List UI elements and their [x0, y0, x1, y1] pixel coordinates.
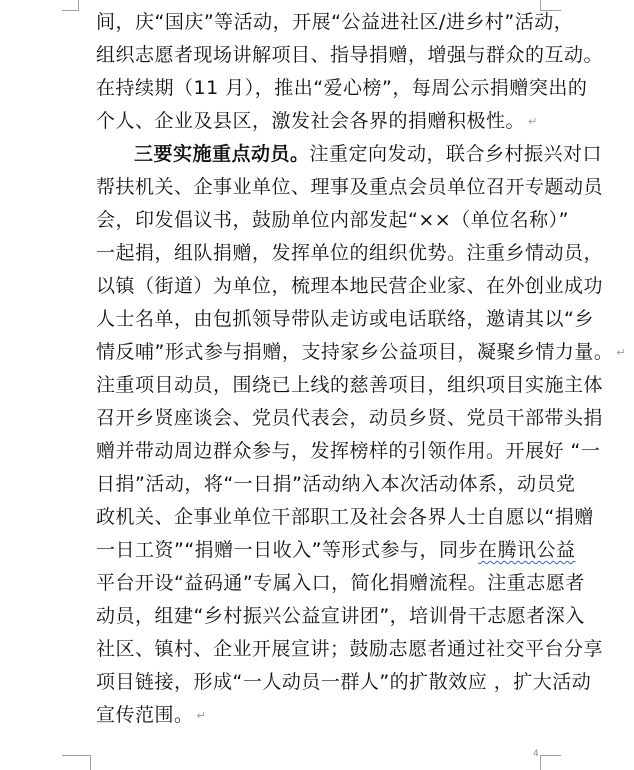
- paragraph-mark-icon: ↵: [197, 709, 207, 722]
- text-line: 人士名单，由包抓领导带队走访或电话联络，邀请其以“乡: [96, 303, 556, 336]
- text-span: 个人、企业及县区，激发社会各界的捐赠积极性。: [96, 110, 525, 132]
- text-line: 政机关、企事业单位干部职工及社会各界人士自愿以“捐赠: [96, 501, 556, 534]
- paragraph: 三要实施重点动员。注重定向发动，联合乡村振兴对口 帮扶机关、企事业单位、理事及重…: [96, 138, 556, 369]
- text-line: 召开乡贤座谈会、党员代表会，动员乡贤、党员干部带头捐: [96, 402, 556, 435]
- text-line: 一日工资”“捐赠一日收入”等形式参与，同步在腾讯公益: [96, 534, 556, 567]
- text-line: 赠并带动周边群众参与，发挥榜样的引领作用。开展好 “一: [96, 435, 556, 468]
- text-span: 注重定向发动，联合乡村振兴对口: [310, 143, 603, 165]
- text-line: 以镇（街道）为单位，梳理本地民营企业家、在外创业成功: [96, 270, 556, 303]
- document-page: 4 间，庆“国庆”等活动，开展“公益进社区/进乡村”活动， 组织志愿者现场讲解项…: [0, 0, 634, 770]
- text-line: 动员，组建“乡村振兴公益宣讲团”，培训骨干志愿者深入: [96, 600, 556, 633]
- text-span: 一日工资”“捐赠一日收入”等形式参与，同步: [96, 539, 478, 561]
- spellcheck-underline[interactable]: 在腾讯公益: [478, 539, 576, 561]
- text-line: 平台开设“益码通”专属入口，简化捐赠流程。注重志愿者: [96, 567, 556, 600]
- text-line: 一起捐，组队捐赠，发挥单位的组织优势。注重乡情动员，: [96, 237, 556, 270]
- text-line: 注重项目动员，围绕已上线的慈善项目，组织项目实施主体: [96, 369, 556, 402]
- text-line: 社区、镇村、企业开展宣讲；鼓励志愿者通过社交平台分享: [96, 633, 556, 666]
- text-line: 项目链接，形成“一人动员一群人”的扩散效应 ，扩大活动: [96, 666, 556, 699]
- crop-mark-bottom-left: [62, 755, 91, 770]
- document-body[interactable]: 间，庆“国庆”等活动，开展“公益进社区/进乡村”活动， 组织志愿者现场讲解项目、…: [96, 6, 556, 732]
- page-number: 4: [533, 749, 539, 759]
- text-line: 情反哺”形式参与捐赠，支持家乡公益项目，凝聚乡情力量。↵: [96, 336, 556, 369]
- text-line: 宣传范围。↵: [96, 699, 556, 732]
- paragraph: 间，庆“国庆”等活动，开展“公益进社区/进乡村”活动， 组织志愿者现场讲解项目、…: [96, 6, 556, 138]
- paragraph-heading: 三要实施重点动员。: [134, 143, 310, 165]
- text-span: 情反哺”形式参与捐赠，支持家乡公益项目，凝聚乡情力量。: [96, 341, 613, 363]
- paragraph-mark-icon: ↵: [616, 346, 626, 359]
- text-line: 在持续期（11 月），推出“爱心榜”，每周公示捐赠突出的: [96, 72, 556, 105]
- crop-mark-bottom-right: [540, 755, 561, 770]
- text-line: 间，庆“国庆”等活动，开展“公益进社区/进乡村”活动，: [96, 6, 556, 39]
- paragraph: 注重项目动员，围绕已上线的慈善项目，组织项目实施主体 召开乡贤座谈会、党员代表会…: [96, 369, 556, 732]
- text-span: 宣传范围。: [96, 704, 194, 726]
- crop-mark-top-left: [62, 0, 79, 11]
- text-line: 个人、企业及县区，激发社会各界的捐赠积极性。↵: [96, 105, 556, 138]
- text-line: 帮扶机关、企事业单位、理事及重点会员单位召开专题动员: [96, 171, 556, 204]
- text-line: 会，印发倡议书，鼓励单位内部发起“××（单位名称）”: [96, 204, 556, 237]
- text-line: 组织志愿者现场讲解项目、指导捐赠，增强与群众的互动。: [96, 39, 556, 72]
- text-line: 日捐”活动，将“一日捐”活动纳入本次活动体系，动员党: [96, 468, 556, 501]
- text-line: 三要实施重点动员。注重定向发动，联合乡村振兴对口: [96, 138, 556, 171]
- paragraph-mark-icon: ↵: [528, 115, 538, 128]
